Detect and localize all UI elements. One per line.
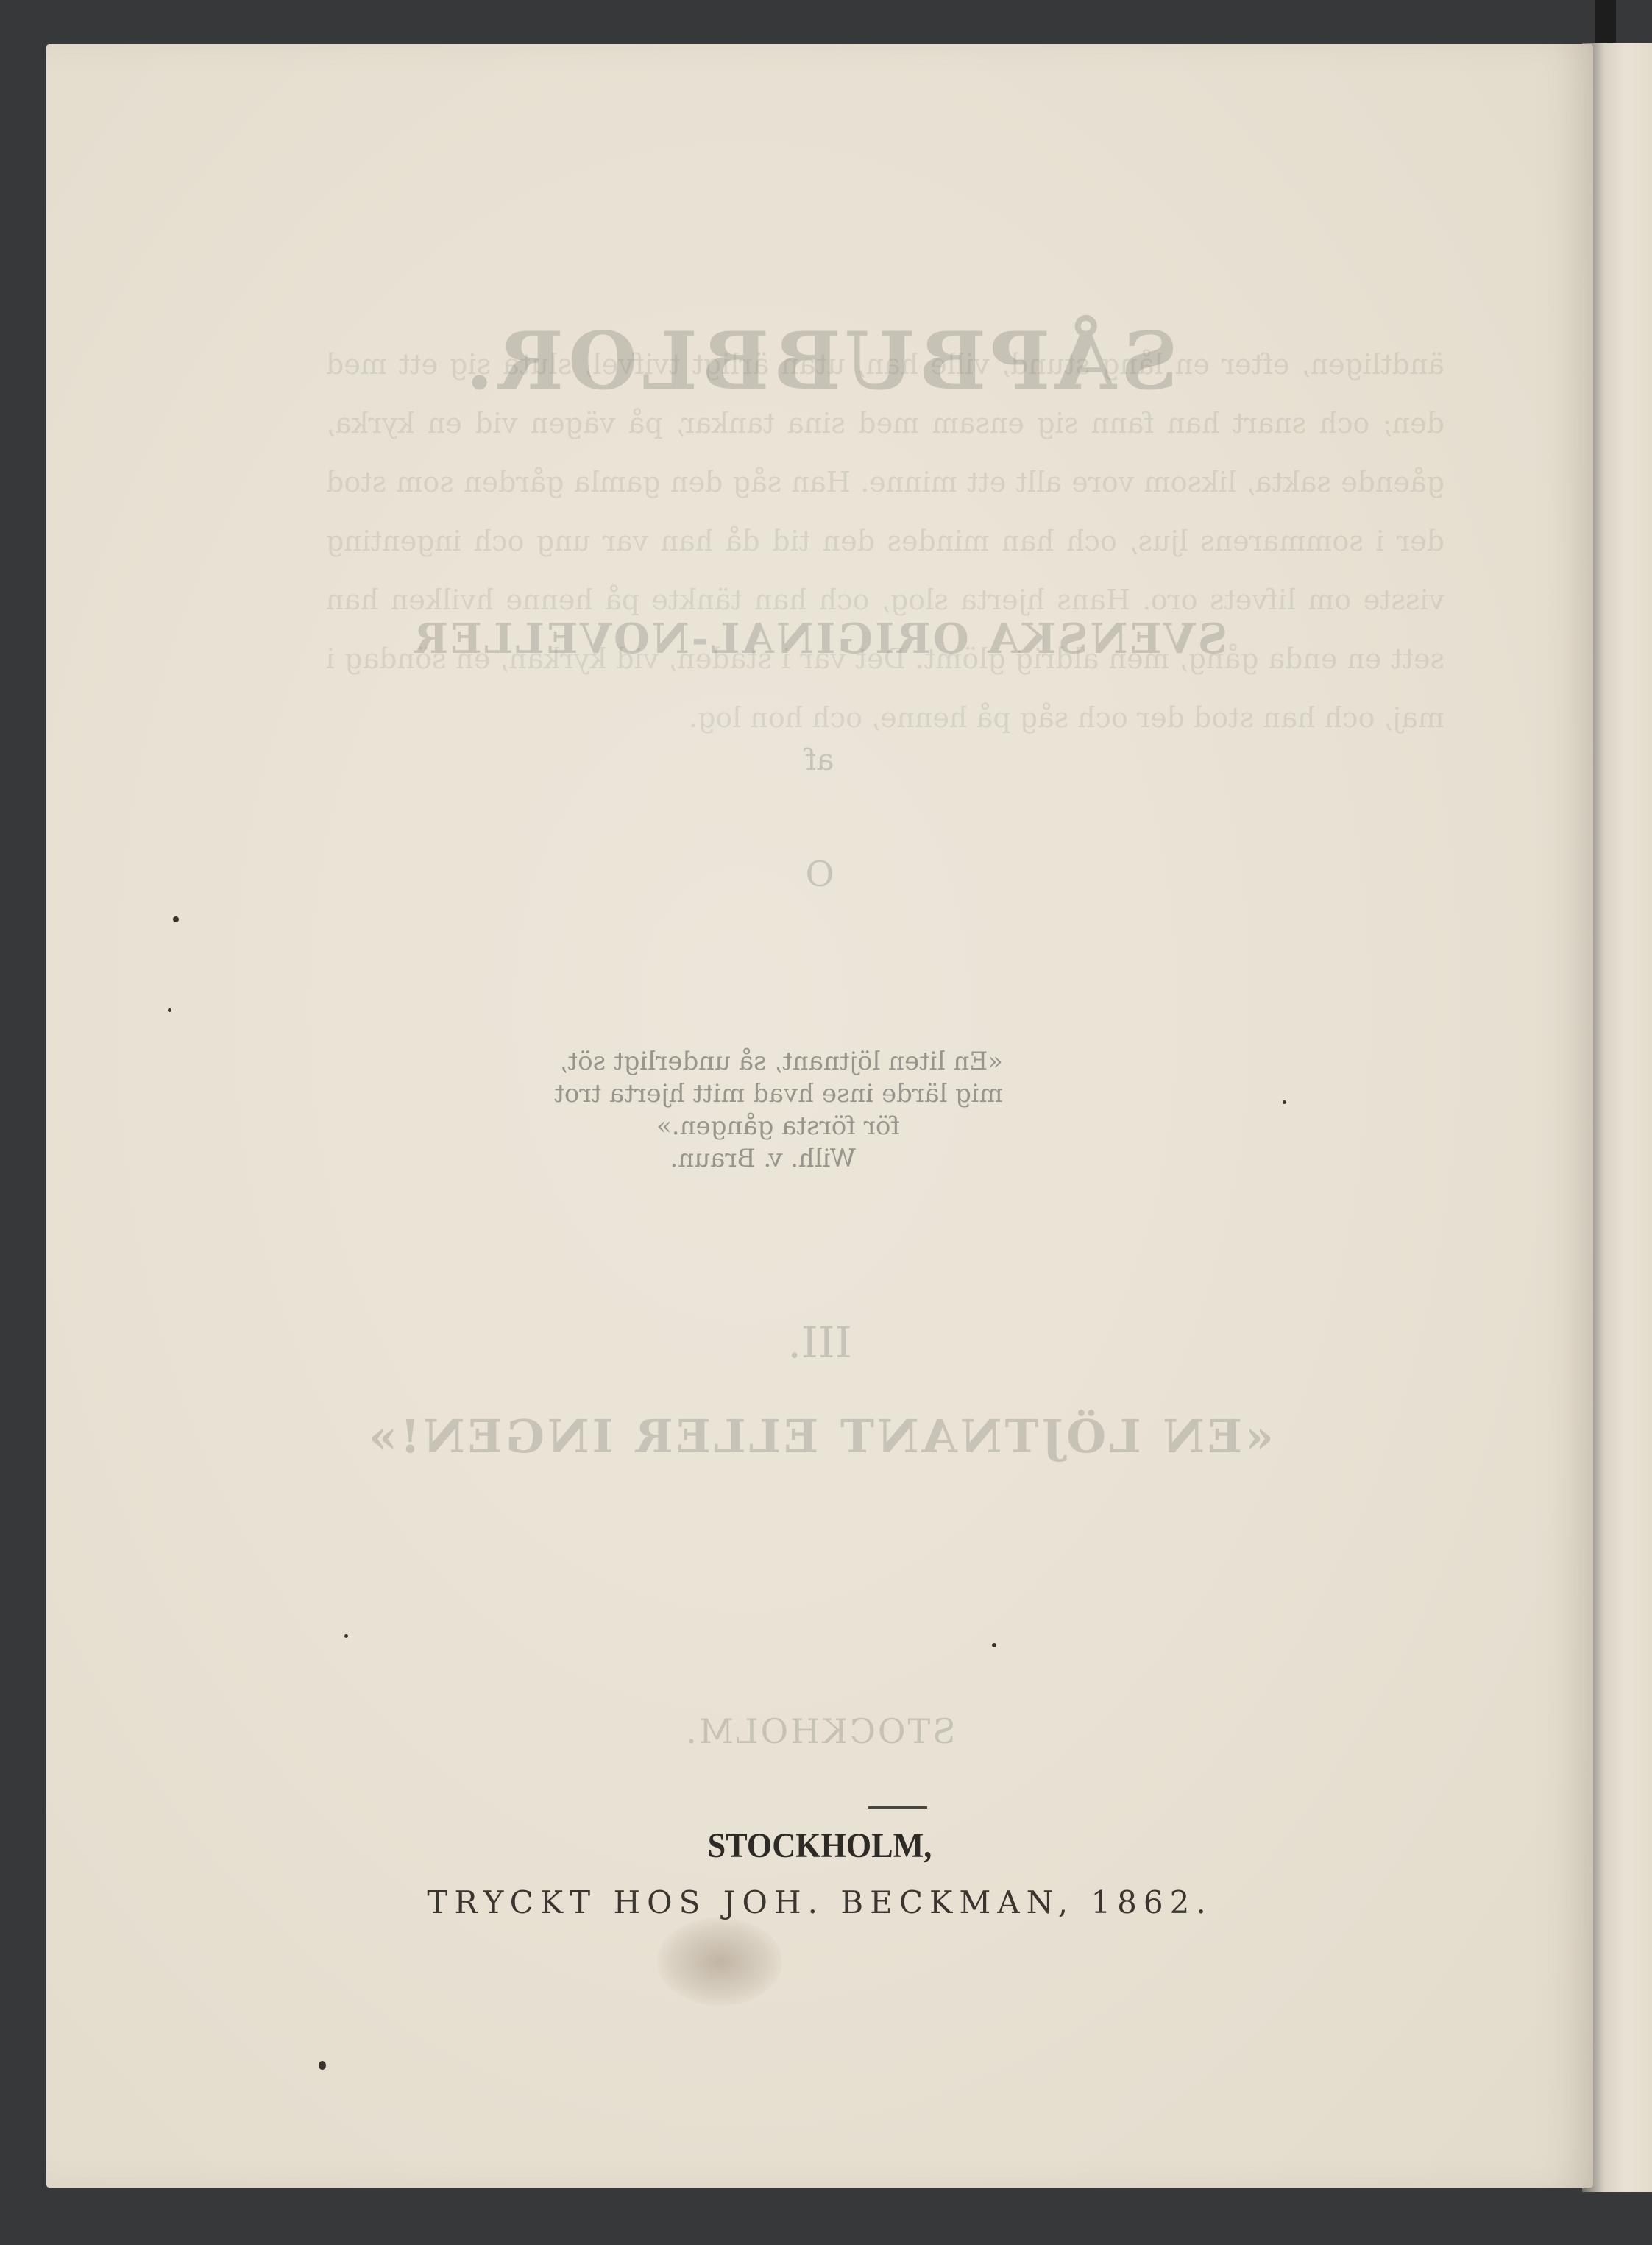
- bleed-through-subtitle: SVENSKA ORIGINAL-NOVELLER: [46, 615, 1593, 663]
- epigraph-line: för första gången.»: [341, 1110, 1003, 1142]
- paper-speck: [344, 1634, 348, 1638]
- paper-speck: [992, 1643, 996, 1647]
- bleed-through-story-title: «EN LÖJTNANT ELLER INGEN!»: [46, 1410, 1593, 1463]
- bleed-through-part-number: III.: [46, 1318, 1593, 1368]
- epigraph-line: mig lärde inse hvad mitt hjerta trot: [341, 1078, 1003, 1110]
- bleed-through-author: O: [46, 854, 1593, 895]
- epigraph-attribution: Wilh. v. Braun.: [341, 1142, 1003, 1175]
- book-page: ändtligen, efter en lång stund, ville ha…: [46, 44, 1593, 2188]
- epigraph-line: «En liten löjtnant, så underligt söt,: [341, 1045, 1003, 1078]
- paper-speck: [173, 916, 179, 922]
- imprint-city: STOCKHOLM,: [108, 1825, 1531, 1866]
- paper-stain: [657, 1917, 782, 2006]
- bleed-through-byline: af: [46, 743, 1593, 777]
- bleed-through-epigraph: «En liten löjtnant, så underligt söt, mi…: [341, 1045, 1003, 1175]
- imprint-printer: TRYCKT HOS JOH. BECKMAN, 1862.: [46, 1884, 1593, 1920]
- imprint-rule: [868, 1806, 927, 1809]
- paper-speck: [168, 1008, 171, 1012]
- bleed-through-title: SÅPBUBBLOR.: [46, 315, 1593, 408]
- bleed-through-city: STOCKHOLM.: [46, 1711, 1593, 1751]
- paper-speck: [1283, 1100, 1286, 1104]
- paper-speck: [319, 2061, 326, 2070]
